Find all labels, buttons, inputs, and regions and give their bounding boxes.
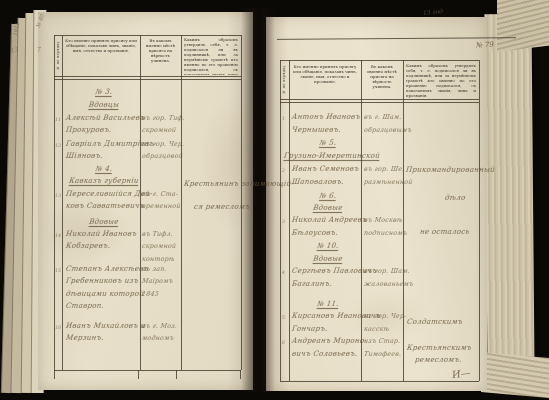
entry-number: 16 — [55, 326, 61, 331]
table-tick — [240, 370, 241, 379]
pencil-mark: 7 — [37, 47, 41, 54]
entry-place-line: подписномъ — [364, 230, 408, 237]
margin-note-line: дѣло — [444, 194, 466, 202]
entry-place-line: въ Москвѣ — [364, 217, 404, 224]
table-top-line — [54, 35, 241, 36]
entry-number: 14 — [55, 234, 61, 239]
entry-place-line: въ гор. Чер- — [364, 313, 408, 320]
entry-place-line: въ Тифл. — [142, 231, 174, 238]
scanned-book-spread: 1011 13 № 40 7 13 год № 79 № по порядку … — [0, 0, 549, 400]
table-column-line — [62, 35, 63, 370]
header-order-col: № по порядку — [281, 62, 289, 98]
entry-name-line: Николай Андреевъ — [291, 216, 367, 224]
entry-place-line: въ г. Моз. — [142, 323, 178, 330]
entry-number: 12 — [55, 144, 61, 149]
margin-note-line: Крестьянскимъ — [406, 344, 472, 352]
table-column-line — [361, 60, 362, 381]
entry-name-line: Гребенниковъ изъ — [65, 277, 139, 285]
entry-place-line: въ гор. Тиф. — [142, 115, 186, 122]
entry-number: 5 — [282, 316, 285, 321]
header-bottom-line — [280, 99, 479, 100]
entry-name-line: Чернышевъ. — [291, 126, 341, 134]
section-heading-text: Вдовые — [89, 218, 120, 226]
page-number: № 79 — [476, 41, 494, 50]
section-heading-text: Грузино-Имеретинской — [283, 152, 380, 160]
entry-place-line: временной — [142, 203, 182, 210]
section-heading: Грузино-Имеретинской — [283, 152, 372, 160]
table-bottom-line — [280, 381, 479, 382]
right-page-edge-stack-top — [497, 0, 549, 52]
entry-number: 4 — [282, 271, 285, 276]
section-heading-text: Кавказъ губерніи — [69, 177, 140, 185]
entry-name-line: Андреанъ Мироно- — [291, 337, 367, 345]
entry-name-line: Иванъ Семеновъ — [291, 165, 359, 173]
right-page-edge-stack — [484, 14, 534, 376]
entry-name-line: вичъ Соловьевъ. — [291, 350, 358, 358]
section-heading-text: № 11. — [317, 300, 340, 308]
header-how-col: Какимъ образомъ утвердилъ себя, т. е. по… — [182, 36, 240, 75]
section-heading: № 4. — [57, 165, 150, 173]
margin-note-line: ся ремесломъ — [193, 203, 250, 211]
entry-place-line: конторѣ — [142, 256, 176, 263]
table-tick — [54, 370, 55, 379]
header-how-col: Какимъ образомъ утвердилъ себя, т. е. по… — [404, 62, 478, 98]
table-tick — [138, 370, 139, 379]
entry-name-line: Гончаръ. — [291, 325, 328, 333]
section-heading-text: Вдовцы — [88, 101, 119, 109]
header-where-col: Въ какомъ именно мѣстѣ присяга на вѣрнос… — [141, 37, 180, 75]
entry-place-line: размѣненной — [364, 179, 413, 186]
table-column-line — [241, 35, 242, 370]
section-heading: № 11. — [283, 300, 372, 308]
entry-number: 2 — [282, 169, 285, 174]
pencil-mark-top-right: 13 год — [423, 8, 444, 17]
entry-place-line: изъ Стар. — [364, 338, 401, 345]
section-heading: Вдовые — [283, 204, 372, 212]
margin-note-line: ремесломъ. — [414, 356, 462, 364]
entry-number: 3 — [282, 220, 285, 225]
entry-number: 11 — [55, 118, 61, 123]
entry-place-line: въ г. Ста- — [142, 191, 179, 198]
entry-name-line: Николай Ивановъ — [65, 230, 137, 238]
entry-place-line: скромной — [142, 243, 177, 250]
header-bottom-line — [280, 102, 479, 103]
entry-name-line: Прокуровъ. — [65, 126, 112, 134]
header-names-col: Кто именно принялъ присягу или обѣщаніе,… — [63, 37, 139, 75]
section-heading-text: № 5. — [319, 139, 337, 147]
margin-note-line: Крестьянинъ занимающій- — [183, 180, 294, 188]
entry-name-line: Иванъ Михайловъ и — [65, 322, 146, 330]
entry-name-line: Багалинъ. — [291, 280, 332, 288]
table-column-line — [54, 35, 55, 370]
table-column-line — [280, 60, 281, 381]
table-column-line — [289, 60, 290, 381]
section-heading-text: № 10. — [317, 242, 340, 250]
entry-name-line: Степанъ Алексѣевъ — [65, 265, 149, 273]
entry-place-line: въ зап. — [142, 266, 168, 273]
section-heading-text: № 4. — [95, 165, 113, 173]
entry-place-line: Маіромъ — [142, 278, 174, 285]
entry-place-line: въ гор. Чер. — [142, 141, 185, 148]
section-heading: Вдовцы — [57, 101, 150, 109]
entry-name-line: Алексѣй Васильевъ — [65, 114, 145, 122]
entry-place-line: образцовой — [142, 153, 184, 160]
header-where-col: Въ какомъ именно мѣстѣ присяга на вѣрнос… — [362, 63, 402, 98]
margin-note-line: Прикомандированный — [405, 166, 495, 174]
entry-number: 6 — [282, 341, 285, 346]
entry-place-line: Тимофеев. — [364, 351, 402, 358]
header-bottom-line — [54, 79, 241, 80]
header-bottom-line — [54, 76, 241, 77]
entry-number: 13 — [55, 194, 61, 199]
entry-number: 1 — [282, 117, 285, 122]
entry-place-line: 1845 — [142, 291, 160, 298]
section-heading: Вдовые — [57, 218, 150, 226]
margin-note-line: не осталось — [419, 228, 470, 236]
entry-place-line: въ гор. Ше. — [364, 166, 405, 173]
table-bottom-line — [54, 370, 241, 371]
entry-place-line: модномъ — [142, 335, 175, 342]
entry-name-line: ковъ Савватьевичъ — [65, 202, 145, 210]
section-heading: № 6. — [283, 192, 372, 200]
table-column-line — [140, 35, 141, 370]
section-heading: Кавказъ губерніи — [57, 177, 150, 185]
book-gutter — [241, 8, 275, 392]
entry-place-line: касскѣ — [364, 326, 390, 333]
entry-number: 15 — [55, 269, 61, 274]
table-column-line — [181, 35, 182, 370]
entry-name-line: Антонъ Ивановъ — [291, 113, 361, 121]
table-top-line — [280, 60, 479, 61]
section-heading: № 5. — [283, 139, 372, 147]
entry-place-line: образцовымъ — [364, 127, 413, 134]
margin-note-line: Солдатскимъ — [406, 318, 463, 326]
header-order-col: № по порядку — [55, 36, 62, 75]
entry-place-line: скромной — [142, 127, 177, 134]
entry-name-line: Ставроп. — [65, 302, 104, 310]
entry-name-line: Бѣлоусовъ. — [291, 229, 338, 237]
section-heading-text: Вдовые — [313, 255, 344, 263]
section-heading: № 3. — [57, 88, 150, 96]
entry-name-line: Шіяновъ. — [65, 152, 103, 160]
entry-name-line: Кобзаревъ. — [65, 242, 111, 250]
header-names-col: Кто именно принялъ присягу или обѣщаніе,… — [290, 63, 360, 98]
table-column-line — [403, 60, 404, 381]
right-page-edge-stack-bottom — [481, 352, 549, 398]
entry-name-line: Мерзинъ. — [65, 334, 104, 342]
section-heading: Вдовые — [283, 255, 372, 263]
section-heading-text: № 3. — [95, 88, 113, 96]
table-column-line — [479, 60, 480, 381]
entry-name-line: дѣвицами которой — [65, 290, 144, 298]
table-tick — [176, 370, 177, 379]
entry-place-line: въ г. Шам. — [364, 114, 403, 121]
section-heading: № 10. — [283, 242, 372, 250]
section-heading-text: Вдовые — [313, 204, 344, 212]
entry-name-line: Шаповаловъ. — [291, 178, 344, 186]
section-heading-text: № 6. — [319, 192, 337, 200]
entry-place-line: жалованьемъ — [364, 281, 414, 288]
